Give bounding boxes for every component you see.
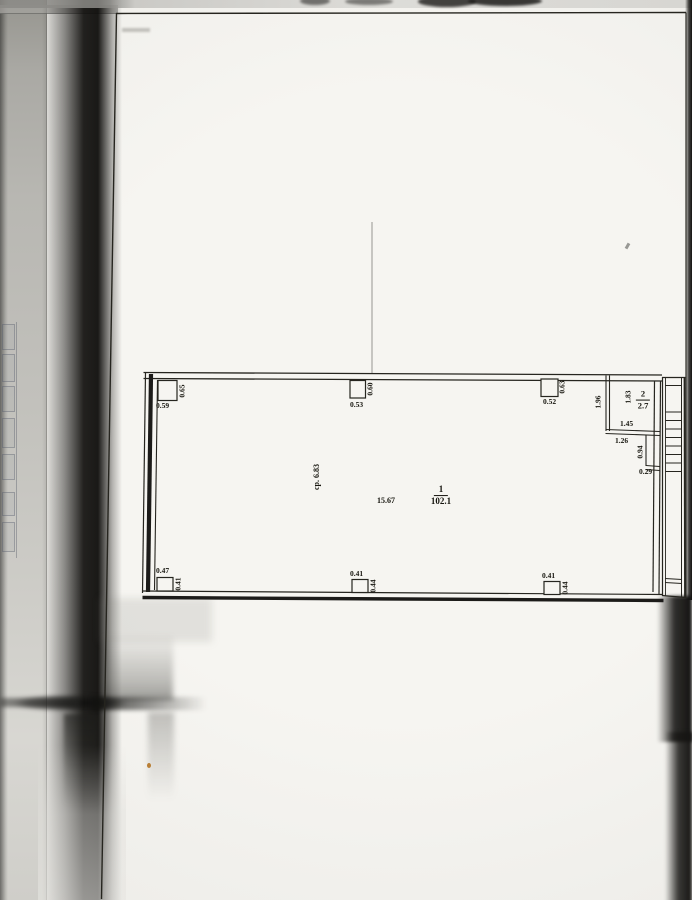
pier-bottom-left-depth-label: 0.41 [174, 577, 182, 590]
scanned-floor-plan-page: 0.59 0.65 0.53 0.60 0.52 0.63 0.47 0.41 … [0, 0, 692, 900]
room2-inner-height-label: 1.83 [624, 390, 632, 403]
piers [157, 379, 560, 595]
pier-bottom-right-depth-label: 0.44 [561, 581, 569, 594]
room1-area: 102.1 [431, 497, 451, 507]
pier-top-mid-depth-label: 0.60 [366, 382, 374, 395]
pier-top-mid-width-label: 0.53 [350, 401, 363, 409]
pier-top-right-depth-label: 0.63 [558, 380, 566, 393]
pier-bottom-left-width-label: 0.47 [156, 567, 169, 575]
pier-bottom-mid-width-label: 0.41 [350, 570, 363, 578]
room2-number-area-label: 2 2.7 [636, 390, 650, 411]
pier-top-left-width-label: 0.59 [156, 402, 169, 410]
pier-top-right-width-label: 0.52 [543, 398, 556, 406]
room1-number: 1 [434, 485, 449, 496]
room2-outer-height-label: 1.96 [594, 395, 602, 408]
room1-number-area-label: 1 102.1 [431, 485, 451, 507]
room2-outer-width-label: 1.26 [615, 437, 628, 445]
room1-walls [143, 373, 664, 601]
room2-number: 2 [636, 390, 650, 401]
room1-length-label: 15.67 [377, 497, 395, 505]
shaft-width-label: 0.29 [639, 468, 652, 476]
shaft-walls [646, 436, 660, 471]
room2-inner-width-label: 1.45 [620, 420, 633, 428]
stairwell [662, 377, 686, 598]
pier-bottom-right-width-label: 0.41 [542, 572, 555, 580]
room1-average-width-label: ср. 6.83 [313, 464, 321, 490]
page-frame [102, 13, 687, 900]
pier-bottom-mid-depth-label: 0.44 [369, 579, 377, 592]
shaft-height-label: 0.94 [636, 445, 644, 458]
floor-plan-drawing [0, 0, 692, 900]
room2-area: 2.7 [638, 401, 649, 411]
pier-top-left-depth-label: 0.65 [178, 384, 186, 397]
